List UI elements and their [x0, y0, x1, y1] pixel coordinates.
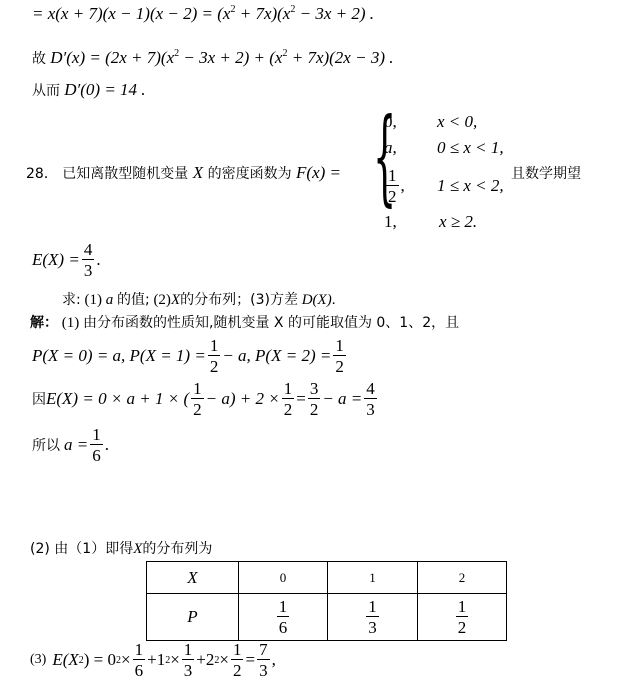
table-row: P 16 13 12 [147, 594, 507, 641]
distribution-table: X 0 1 2 P 16 13 12 [146, 561, 507, 641]
text-prefix: 故 [32, 51, 46, 67]
solution-text: 由分布函数的性质知,随机变量 X 的可能取值为 0、1、2，且 [83, 315, 459, 331]
times: × [121, 650, 131, 670]
part2-intro: (2) 由（1）即得X的分布列为 [30, 538, 212, 558]
fraction: 12 [191, 380, 204, 418]
equals: = [296, 389, 306, 409]
problem-number: 28． [26, 166, 58, 182]
variable: a [106, 292, 114, 308]
denominator: 3 [364, 399, 377, 418]
expr-part: = x(x + 7)(x − 1)(x − 2) = (x [32, 4, 230, 23]
expr-part: − 3x + 2) + (x [179, 48, 282, 67]
question-parts: 求: (1) a 的值; (2)X的分布列；(3)方差 D(X). [62, 289, 335, 309]
case-row: 12, 1 ≤ x < 2, [384, 162, 514, 210]
numerator: 1 [231, 641, 244, 660]
case-condition: x < 0, [437, 112, 477, 132]
numerator: 7 [257, 641, 270, 660]
table-cell: 12 [418, 594, 507, 641]
expr-part: E(X [52, 650, 78, 670]
numerator: 1 [133, 641, 146, 660]
text-prefix: 求: [62, 292, 81, 308]
problem-statement: 28． 已知离散型随机变量 X 的密度函数为 F(x) = [26, 163, 341, 183]
expr-part: a = [64, 435, 88, 455]
numerator: 1 [366, 598, 379, 617]
period: . [105, 435, 109, 455]
denominator: 2 [333, 356, 346, 375]
expr-part: − 3x + 2) . [295, 4, 374, 23]
fraction: 13 [182, 641, 195, 679]
comma: , [401, 176, 405, 196]
expr-part: − a = [322, 389, 362, 409]
fraction: 12 [386, 167, 399, 205]
equation-line-3: 从而 D′(0) = 14 . [32, 80, 146, 100]
denominator: 2 [191, 399, 204, 418]
case-row: a, 0 ≤ x < 1, [384, 134, 514, 162]
expectation-given: E(X) = 43 . [32, 241, 101, 279]
numerator: 1 [191, 380, 204, 399]
expr-part: − a, P(X = 2) = [222, 346, 331, 366]
expectation-line: 因 E(X) = 0 × a + 1 × ( 12 − a) + 2 × 12 … [32, 380, 379, 418]
numerator: 1 [90, 426, 103, 445]
expr-part: E(X) = 0 × a + 1 × ( [46, 389, 189, 409]
expr-part: − a) + 2 × [206, 389, 280, 409]
case-condition: 0 ≤ x < 1, [437, 138, 504, 158]
numerator: 4 [364, 380, 377, 399]
expr-part: +1 [147, 650, 165, 670]
denominator: 2 [208, 356, 221, 375]
denominator: 3 [257, 660, 270, 679]
period: . [332, 292, 336, 308]
fraction: 43 [82, 241, 95, 279]
part-label: (1) [84, 292, 102, 308]
table-cell: 16 [239, 594, 328, 641]
expr-part: P(X = 0) = a, P(X = 1) = [32, 346, 206, 366]
expr-part: + 7x)(x [235, 4, 290, 23]
fraction: 73 [257, 641, 270, 679]
equation-line-1: = x(x + 7)(x − 1)(x − 2) = (x2 + 7x)(x2 … [32, 4, 374, 24]
comma: , [272, 650, 276, 670]
text-prefix: 从而 [32, 83, 60, 99]
part-label: (3)方差 [250, 292, 298, 308]
fraction: 12 [282, 380, 295, 418]
text-prefix: 所以 [32, 435, 60, 455]
case-value: a, [384, 138, 437, 158]
case-row: 1, x ≥ 2. [384, 210, 514, 234]
part-text: 的值; [117, 292, 150, 308]
case-row: 0, x < 0, [384, 110, 514, 134]
part-text: 的分布列为 [142, 541, 212, 557]
numerator: 1 [333, 337, 346, 356]
variable: X [171, 292, 180, 308]
problem-suffix: 且数学期望 [511, 163, 581, 183]
part-label: (1) [62, 315, 80, 331]
denominator: 2 [282, 399, 295, 418]
table-header-row: X 0 1 2 [147, 562, 507, 594]
numerator: 4 [82, 241, 95, 260]
expr-part: +2 [196, 650, 214, 670]
piecewise-cases: 0, x < 0, a, 0 ≤ x < 1, 12, 1 ≤ x < 2, 1… [384, 110, 514, 234]
denominator: 6 [90, 445, 103, 464]
fraction: 32 [308, 380, 321, 418]
times: × [219, 650, 229, 670]
a-value-line: 所以 a = 16 . [32, 426, 109, 464]
problem-text: 的密度函数为 [208, 166, 292, 182]
variable: X [193, 163, 203, 182]
numerator: 1 [277, 598, 290, 617]
case-value: 1, [384, 212, 439, 232]
numerator: 1 [456, 598, 469, 617]
part-label: (2) [153, 292, 171, 308]
case-value: 0, [384, 112, 437, 132]
expr-part: D′(x) = (2x + 7)(x [50, 48, 174, 67]
times: × [170, 650, 180, 670]
fraction: 16 [90, 426, 103, 464]
denominator: 2 [308, 399, 321, 418]
fraction: 16 [133, 641, 146, 679]
denominator: 3 [82, 260, 95, 279]
fraction: 12 [333, 337, 346, 375]
denominator: 6 [277, 617, 290, 636]
part-text: (2) 由（1）即得 [30, 541, 133, 557]
case-condition: x ≥ 2. [439, 212, 477, 232]
variable: X [133, 541, 142, 557]
part-label: (3) [30, 652, 46, 668]
solution-label: 解： [30, 315, 58, 331]
table-cell: 1 [328, 562, 418, 594]
expr-part: ) = 0 [84, 650, 116, 670]
variance-expr: D(X) [302, 292, 332, 308]
text-prefix: 因 [32, 389, 46, 409]
table-cell: P [147, 594, 239, 641]
probability-line: P(X = 0) = a, P(X = 1) = 12 − a, P(X = 2… [32, 337, 348, 375]
solution-intro: 解： (1) 由分布函数的性质知,随机变量 X 的可能取值为 0、1、2，且 [30, 312, 459, 332]
period: . [96, 250, 100, 270]
denominator: 2 [386, 186, 399, 205]
part3-line: (3) E(X2) = 02 × 16 +12 × 13 +22 × 12 = … [30, 641, 276, 679]
denominator: 3 [182, 660, 195, 679]
table-cell: X [147, 562, 239, 594]
numerator: 1 [282, 380, 295, 399]
equation-line-2: 故 D′(x) = (2x + 7)(x2 − 3x + 2) + (x2 + … [32, 48, 394, 68]
numerator: 3 [308, 380, 321, 399]
denominator: 3 [366, 617, 379, 636]
expr-part: E(X) = [32, 250, 80, 270]
fraction: 43 [364, 380, 377, 418]
denominator: 2 [231, 660, 244, 679]
equals: = [245, 650, 255, 670]
fraction: 12 [208, 337, 221, 375]
numerator: 1 [182, 641, 195, 660]
table-cell: 0 [239, 562, 328, 594]
numerator: 1 [208, 337, 221, 356]
case-condition: 1 ≤ x < 2, [437, 176, 504, 196]
numerator: 1 [386, 167, 399, 186]
table-cell: 2 [418, 562, 507, 594]
denominator: 2 [456, 617, 469, 636]
function-name: F(x) = [296, 163, 341, 182]
expr-part: D′(0) = 14 . [64, 80, 145, 99]
denominator: 6 [133, 660, 146, 679]
fraction: 12 [231, 641, 244, 679]
table-cell: 13 [328, 594, 418, 641]
part-text: 的分布列； [180, 292, 250, 308]
problem-text: 已知离散型随机变量 [62, 166, 188, 182]
expr-part: + 7x)(2x − 3) . [287, 48, 393, 67]
